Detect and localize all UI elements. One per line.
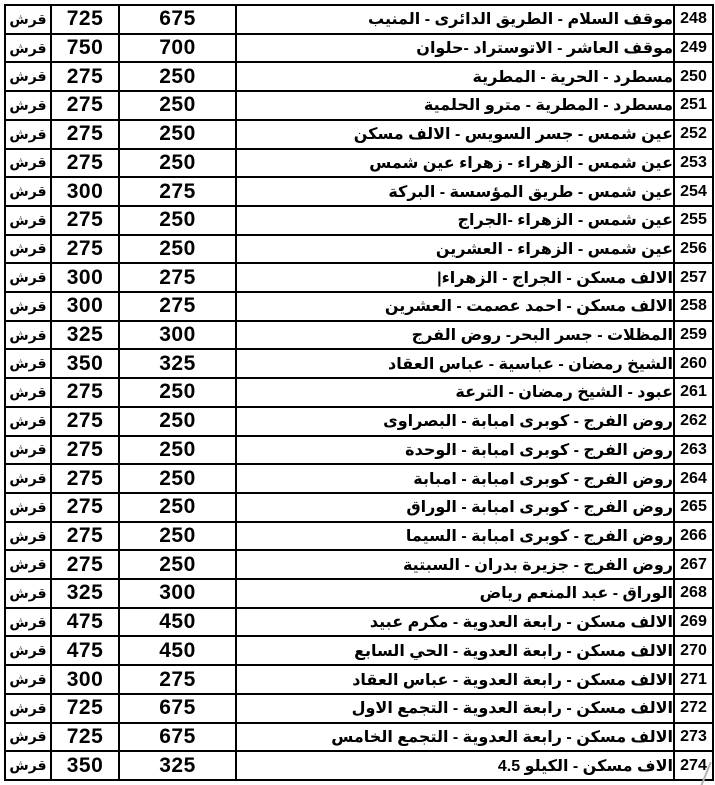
route-name: روض الفرج - كوبرى امبابة - البصراوى [236,407,674,436]
fare-low: 325 [119,349,236,378]
fare-high: 275 [51,91,119,120]
route-name: عين شمس - طريق المؤسسة - البركة [236,177,674,206]
table-row: 269 الالف مسكن - رابعة العدوية - مكرم عب… [5,608,713,637]
route-name: عين شمس - الزهراء - العشرين [236,235,674,264]
table-row: 258 الالف مسكن - احمد عصمت - العشرين 275… [5,292,713,321]
fare-low: 300 [119,321,236,350]
fare-high: 725 [51,5,119,34]
fare-high: 325 [51,579,119,608]
row-number: 261 [674,378,713,407]
route-name: الالف مسكن - رابعة العدوية - التجمع الخا… [236,723,674,752]
route-name: المظلات - جسر البحر- روض الفرج [236,321,674,350]
route-name: موقف العاشر - الاتوستراد -حلوان [236,34,674,63]
fare-unit: قرش [5,149,51,178]
fare-high: 725 [51,694,119,723]
table-row: 262 روض الفرج - كوبرى امبابة - البصراوى … [5,407,713,436]
fare-table-page: 248 موقف السلام - الطريق الدائرى - المني… [0,0,715,785]
route-name: الالف مسكن - رابعة العدوية - مكرم عبيد [236,608,674,637]
route-name: روض الفرج - كوبرى امبابة - الوحدة [236,436,674,465]
fare-high: 275 [51,62,119,91]
fare-unit: قرش [5,292,51,321]
table-row: 273 الالف مسكن - رابعة العدوية - التجمع … [5,723,713,752]
route-name: الالف مسكن - رابعة العدوية - الحي السابع [236,636,674,665]
fare-low: 450 [119,636,236,665]
fare-unit: قرش [5,436,51,465]
fare-unit: قرش [5,206,51,235]
fare-low: 250 [119,91,236,120]
fare-low: 250 [119,407,236,436]
fare-unit: قرش [5,321,51,350]
fare-unit: قرش [5,464,51,493]
row-number: 269 [674,608,713,637]
fare-unit: قرش [5,579,51,608]
table-row: 274 الاف مسكن - الكيلو 4.5 325 350 قرش [5,751,713,780]
fare-high: 275 [51,436,119,465]
route-name: الشيخ رمضان - عباسية - عباس العقاد [236,349,674,378]
route-name: روض الفرج - جزيرة بدران - السبتية [236,550,674,579]
route-name: روض الفرج - كوبرى امبابة - السيما [236,522,674,551]
route-name: روض الفرج - كوبرى امبابة - امبابة [236,464,674,493]
fare-high: 275 [51,464,119,493]
row-number: 257 [674,263,713,292]
row-number: 256 [674,235,713,264]
table-row: 267 روض الفرج - جزيرة بدران - السبتية 25… [5,550,713,579]
fare-unit: قرش [5,177,51,206]
fare-low: 250 [119,493,236,522]
fare-high: 475 [51,636,119,665]
fare-unit: قرش [5,235,51,264]
fare-high: 275 [51,407,119,436]
table-row: 256 عين شمس - الزهراء - العشرين 250 275 … [5,235,713,264]
fare-high: 300 [51,292,119,321]
fare-unit: قرش [5,636,51,665]
fare-high: 275 [51,378,119,407]
table-row: 255 عين شمس - الزهراء -الجراج 250 275 قر… [5,206,713,235]
fare-low: 250 [119,235,236,264]
table-row: 268 الوراق - عبد المنعم رياض 300 325 قرش [5,579,713,608]
row-number: 262 [674,407,713,436]
row-number: 265 [674,493,713,522]
route-name: موقف السلام - الطريق الدائرى - المنيب [236,5,674,34]
row-number: 253 [674,149,713,178]
fare-unit: قرش [5,665,51,694]
row-number: 258 [674,292,713,321]
table-row: 272 الالف مسكن - رابعة العدوية - التجمع … [5,694,713,723]
fare-table-body: 248 موقف السلام - الطريق الدائرى - المني… [5,5,713,780]
fare-high: 275 [51,522,119,551]
fare-high: 750 [51,34,119,63]
row-number: 252 [674,120,713,149]
fare-low: 250 [119,149,236,178]
fare-low: 250 [119,436,236,465]
route-name: الاف مسكن - الكيلو 4.5 [236,751,674,780]
row-number: 260 [674,349,713,378]
table-row: 265 روض الفرج - كوبرى امبابة - الوراق 25… [5,493,713,522]
fare-unit: قرش [5,608,51,637]
fare-unit: قرش [5,407,51,436]
table-row: 252 عين شمس - جسر السويس - الالف مسكن 25… [5,120,713,149]
fare-low: 250 [119,464,236,493]
fare-unit: قرش [5,349,51,378]
row-number: 273 [674,723,713,752]
route-name: عين شمس - الزهراء -الجراج [236,206,674,235]
table-row: 270 الالف مسكن - رابعة العدوية - الحي ال… [5,636,713,665]
fare-low: 250 [119,378,236,407]
route-name: الالف مسكن - الجراج - الزهراء| [236,263,674,292]
fare-high: 275 [51,493,119,522]
row-number: 266 [674,522,713,551]
route-name: الالف مسكن - احمد عصمت - العشرين [236,292,674,321]
fare-high: 300 [51,263,119,292]
table-row: 254 عين شمس - طريق المؤسسة - البركة 275 … [5,177,713,206]
fare-table: 248 موقف السلام - الطريق الدائرى - المني… [4,4,714,781]
fare-high: 275 [51,206,119,235]
table-row: 251 مسطرد - المطرية - مترو الحلمية 250 2… [5,91,713,120]
route-name: مسطرد - المطرية - مترو الحلمية [236,91,674,120]
fare-low: 275 [119,292,236,321]
route-name: الوراق - عبد المنعم رياض [236,579,674,608]
fare-unit: قرش [5,91,51,120]
fare-unit: قرش [5,378,51,407]
fare-high: 350 [51,751,119,780]
fare-unit: قرش [5,120,51,149]
fare-high: 350 [51,349,119,378]
row-number: 267 [674,550,713,579]
table-row: 250 مسطرد - الحرية - المطرية 250 275 قرش [5,62,713,91]
route-name: عبود - الشيخ رمضان - الترعة [236,378,674,407]
fare-low: 275 [119,665,236,694]
row-number: 268 [674,579,713,608]
fare-high: 275 [51,149,119,178]
fare-unit: قرش [5,5,51,34]
table-row: 257 الالف مسكن - الجراج - الزهراء| 275 3… [5,263,713,292]
fare-low: 325 [119,751,236,780]
row-number: 249 [674,34,713,63]
table-row: 260 الشيخ رمضان - عباسية - عباس العقاد 3… [5,349,713,378]
route-name: الالف مسكن - رابعة العدوية - التجمع الاو… [236,694,674,723]
fare-unit: قرش [5,493,51,522]
fare-high: 275 [51,235,119,264]
fare-low: 675 [119,5,236,34]
fare-low: 250 [119,120,236,149]
fare-high: 325 [51,321,119,350]
row-number: 255 [674,206,713,235]
row-number: 270 [674,636,713,665]
fare-low: 250 [119,522,236,551]
row-number: 259 [674,321,713,350]
fare-high: 475 [51,608,119,637]
fare-low: 250 [119,206,236,235]
fare-unit: قرش [5,694,51,723]
route-name: مسطرد - الحرية - المطرية [236,62,674,91]
table-row: 253 عين شمس - الزهراء - زهراء عين شمس 25… [5,149,713,178]
fare-unit: قرش [5,723,51,752]
row-number: 251 [674,91,713,120]
row-number: 250 [674,62,713,91]
table-row: 261 عبود - الشيخ رمضان - الترعة 250 275 … [5,378,713,407]
table-row: 266 روض الفرج - كوبرى امبابة - السيما 25… [5,522,713,551]
fare-unit: قرش [5,522,51,551]
fare-low: 275 [119,263,236,292]
row-number: 271 [674,665,713,694]
fare-unit: قرش [5,62,51,91]
route-name: عين شمس - الزهراء - زهراء عين شمس [236,149,674,178]
fare-high: 725 [51,723,119,752]
fare-high: 275 [51,550,119,579]
route-name: عين شمس - جسر السويس - الالف مسكن [236,120,674,149]
row-number: 263 [674,436,713,465]
fare-low: 300 [119,579,236,608]
fare-low: 250 [119,550,236,579]
fare-high: 300 [51,665,119,694]
table-row: 259 المظلات - جسر البحر- روض الفرج 300 3… [5,321,713,350]
fare-low: 700 [119,34,236,63]
fare-high: 300 [51,177,119,206]
fare-low: 675 [119,694,236,723]
row-number: 272 [674,694,713,723]
fare-low: 675 [119,723,236,752]
fare-low: 450 [119,608,236,637]
row-number: 248 [674,5,713,34]
fare-unit: قرش [5,263,51,292]
fare-unit: قرش [5,550,51,579]
route-name: الالف مسكن - رابعة العدوية - عباس العقاد [236,665,674,694]
route-name: روض الفرج - كوبرى امبابة - الوراق [236,493,674,522]
table-row: 248 موقف السلام - الطريق الدائرى - المني… [5,5,713,34]
row-number: 264 [674,464,713,493]
table-row: 271 الالف مسكن - رابعة العدوية - عباس ال… [5,665,713,694]
fare-high: 275 [51,120,119,149]
table-row: 264 روض الفرج - كوبرى امبابة - امبابة 25… [5,464,713,493]
row-number: 254 [674,177,713,206]
fare-unit: قرش [5,751,51,780]
table-row: 249 موقف العاشر - الاتوستراد -حلوان 700 … [5,34,713,63]
fare-low: 275 [119,177,236,206]
fare-low: 250 [119,62,236,91]
fare-unit: قرش [5,34,51,63]
table-row: 263 روض الفرج - كوبرى امبابة - الوحدة 25… [5,436,713,465]
